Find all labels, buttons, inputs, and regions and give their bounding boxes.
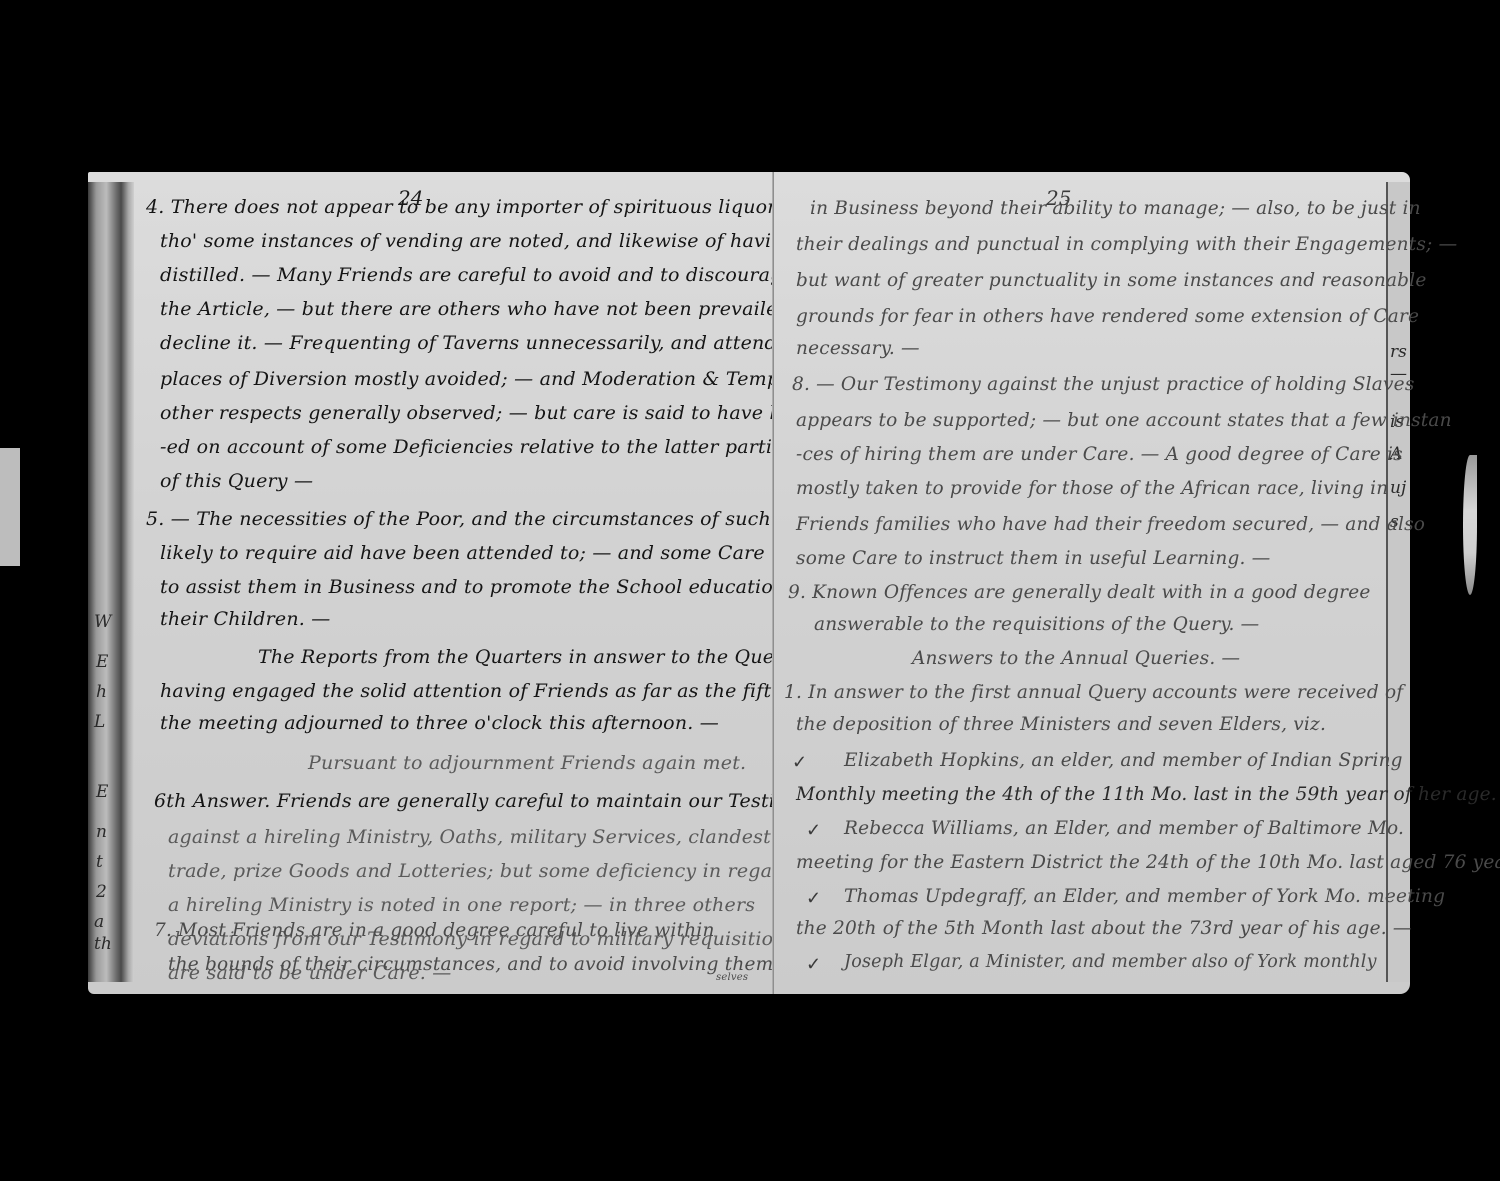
interlinear-note: selves <box>716 972 748 983</box>
text-line: in Business beyond their ability to mana… <box>810 198 1421 219</box>
text-line: meeting for the Eastern District the 24t… <box>796 852 1500 873</box>
text-line: 9. Known Offences are generally dealt wi… <box>788 582 1371 603</box>
text-line: Monthly meeting the 4th of the 11th Mo. … <box>796 784 1497 805</box>
check-mark: ✓ <box>806 820 821 841</box>
text-line: Rebecca Williams, an Elder, and member o… <box>844 818 1404 839</box>
margin-fragment: rs <box>1390 342 1407 362</box>
text-line: appears to be supported; — but one accou… <box>796 410 1452 431</box>
text-line: the deposition of three Ministers and se… <box>796 714 1326 735</box>
check-mark: ✓ <box>792 752 807 773</box>
paper-scrap-left <box>0 448 20 566</box>
section-heading: Answers to the Annual Queries. — <box>912 648 1240 669</box>
text-line: 7. Most Friends are in a good degree car… <box>154 920 715 941</box>
text-line: Joseph Elgar, a Minister, and member als… <box>844 952 1377 972</box>
text-line: the 20th of the 5th Month last about the… <box>796 918 1412 939</box>
text-line: mostly taken to provide for those of the… <box>796 478 1388 499</box>
right-page: 25 rs — is A uj s in Business beyond the… <box>774 172 1410 994</box>
text-line: Thomas Updegraff, an Elder, and member o… <box>844 886 1445 907</box>
text-line: some Care to instruct them in useful Lea… <box>796 548 1270 569</box>
text-line: necessary. — <box>796 338 920 359</box>
text-line: the bounds of their circumstances, and t… <box>168 954 773 975</box>
margin-fragment: uj <box>1390 478 1406 498</box>
text-line: -ces of hiring them are under Care. — A … <box>796 444 1403 465</box>
text-line: grounds for fear in others have rendered… <box>796 306 1419 327</box>
text-line: answerable to the requisitions of the Qu… <box>814 614 1259 635</box>
text-line: Elizabeth Hopkins, an elder, and member … <box>844 750 1403 771</box>
check-mark: ✓ <box>806 954 821 975</box>
paper-sliver-right <box>1463 455 1477 595</box>
text-line: Friends families who have had their free… <box>796 514 1425 535</box>
text-line: 8. — Our Testimony against the unjust pr… <box>792 374 1415 395</box>
text-line: but want of greater punctuality in some … <box>796 270 1427 291</box>
check-mark: ✓ <box>806 888 821 909</box>
text-line: their dealings and punctual in complying… <box>796 234 1457 255</box>
left-page-item-7: 7. Most Friends are in a good degree car… <box>88 172 776 994</box>
text-line: 1. In answer to the first annual Query a… <box>784 682 1403 703</box>
